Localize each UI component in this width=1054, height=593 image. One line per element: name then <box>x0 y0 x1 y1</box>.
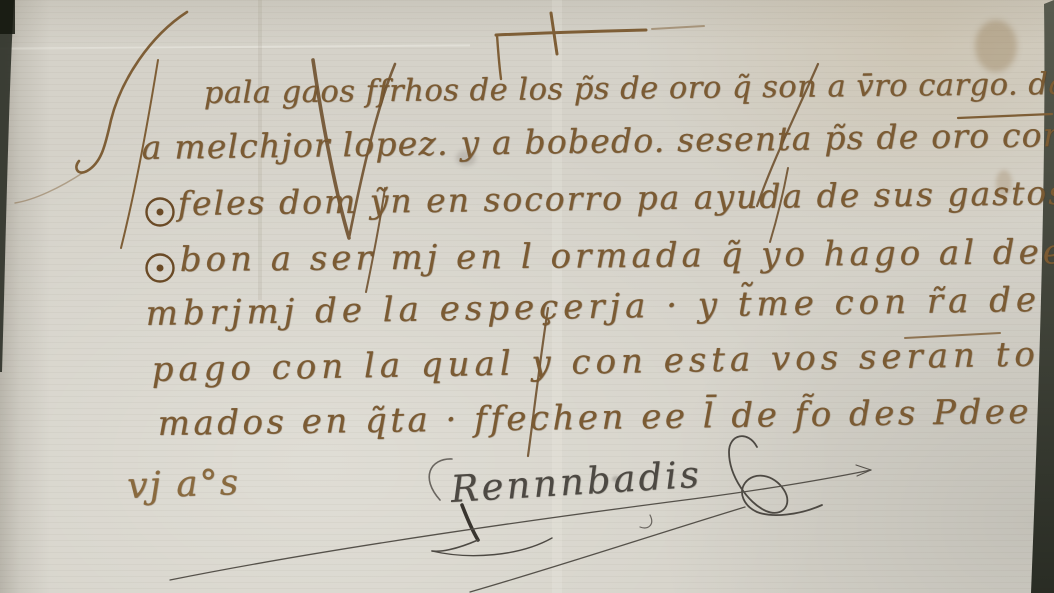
cross-invocation-mark <box>496 13 704 79</box>
manuscript-photograph: pala gaos ffrhos de los p̃s de oro q̃ so… <box>0 0 1054 593</box>
page-edge-left <box>0 0 15 372</box>
manuscript-line-4: bon a ser mj en l ormada q̃ yo hago al d… <box>180 232 1054 280</box>
manuscript-date-line: vj a°s <box>127 462 241 507</box>
calderon-marks <box>147 199 174 282</box>
